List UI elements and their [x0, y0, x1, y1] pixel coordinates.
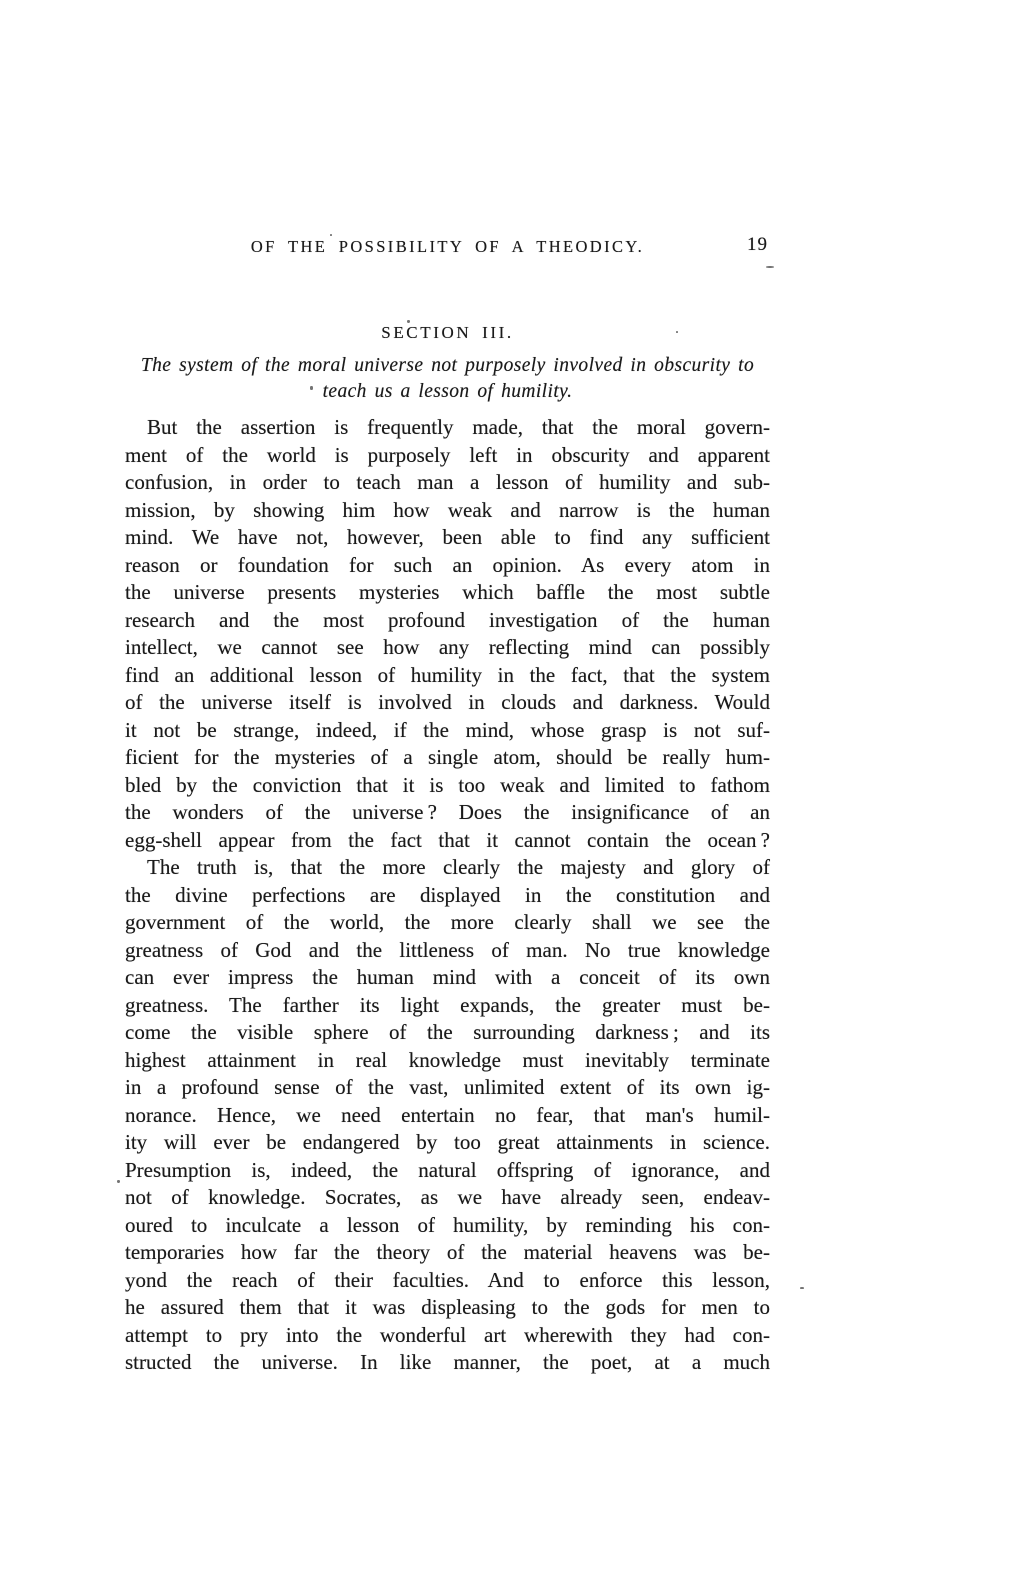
text-line: not of knowledge. Socrates, as we have a…: [125, 1184, 770, 1212]
text-line: the wonders of the universe ? Does the i…: [125, 799, 770, 827]
text-line: structed the universe. In like manner, t…: [125, 1349, 770, 1377]
subtitle-line: teach us a lesson of humility.: [125, 379, 770, 405]
text-line: research and the most profound investiga…: [125, 607, 770, 635]
text-line: he assured them that it was displeasing …: [125, 1294, 770, 1322]
page-number: 19: [747, 234, 768, 256]
scan-speck: [310, 386, 313, 390]
text-line: ment of the world is purposely left in o…: [125, 442, 770, 470]
text-line: ficient for the mysteries of a single at…: [125, 744, 770, 772]
text-line: can ever impress the human mind with a c…: [125, 964, 770, 992]
text-line: intellect, we cannot see how any reflect…: [125, 634, 770, 662]
section-subtitle: The system of the moral universe not pur…: [125, 353, 770, 405]
text-line: oured to inculcate a lesson of humility,…: [125, 1212, 770, 1240]
text-line: highest attainment in real knowledge mus…: [125, 1047, 770, 1075]
scan-speck: [117, 1180, 120, 1183]
text-line: mission, by showing him how weak and nar…: [125, 497, 770, 525]
text-line: Presumption is, indeed, the natural offs…: [125, 1157, 770, 1185]
scan-speck: [428, 430, 430, 433]
text-line: greatness of God and the littleness of m…: [125, 937, 770, 965]
scan-speck: [676, 331, 678, 333]
text-line: attempt to pry into the wonderful art wh…: [125, 1322, 770, 1350]
text-line: bled by the conviction that it is too we…: [125, 772, 770, 800]
running-title: OF THE POSSIBILITY OF A THEODICY.: [125, 237, 770, 257]
subtitle-line: The system of the moral universe not pur…: [125, 353, 770, 379]
text-line: temporaries how far the theory of the ma…: [125, 1239, 770, 1267]
text-line: norance. Hence, we need entertain no fea…: [125, 1102, 770, 1130]
text-line: it not be strange, indeed, if the mind, …: [125, 717, 770, 745]
text-line: ity will ever be endangered by too great…: [125, 1129, 770, 1157]
scan-speck: [407, 320, 410, 323]
text-line: in a profound sense of the vast, unlimit…: [125, 1074, 770, 1102]
scan-speck: [766, 266, 774, 268]
body-text: But the assertion is frequently made, th…: [125, 414, 770, 1377]
text-line: come the visible sphere of the surroundi…: [125, 1019, 770, 1047]
text-line: greatness. The farther its light expands…: [125, 992, 770, 1020]
scanned-page: OF THE POSSIBILITY OF A THEODICY. 19 SEC…: [0, 0, 1011, 1580]
text-line: reason or foundation for such an opinion…: [125, 552, 770, 580]
text-line: But the assertion is frequently made, th…: [125, 414, 770, 442]
paragraph: The truth is, that the more clearly the …: [125, 854, 770, 1377]
text-line: government of the world, the more clearl…: [125, 909, 770, 937]
text-line: egg-shell appear from the fact that it c…: [125, 827, 770, 855]
text-line: mind. We have not, however, been able to…: [125, 524, 770, 552]
text-line: confusion, in order to teach man a lesso…: [125, 469, 770, 497]
running-header: OF THE POSSIBILITY OF A THEODICY. 19: [125, 237, 770, 261]
scan-speck: [800, 1287, 804, 1289]
text-line: the divine perfections are displayed in …: [125, 882, 770, 910]
scan-speck: [330, 234, 332, 236]
text-line: of the universe itself is involved in cl…: [125, 689, 770, 717]
text-line: the universe presents mysteries which ba…: [125, 579, 770, 607]
paragraph: But the assertion is frequently made, th…: [125, 414, 770, 854]
text-line: yond the reach of their faculties. And t…: [125, 1267, 770, 1295]
section-heading: SECTION III.: [125, 323, 770, 343]
text-line: The truth is, that the more clearly the …: [125, 854, 770, 882]
text-line: find an additional lesson of humility in…: [125, 662, 770, 690]
